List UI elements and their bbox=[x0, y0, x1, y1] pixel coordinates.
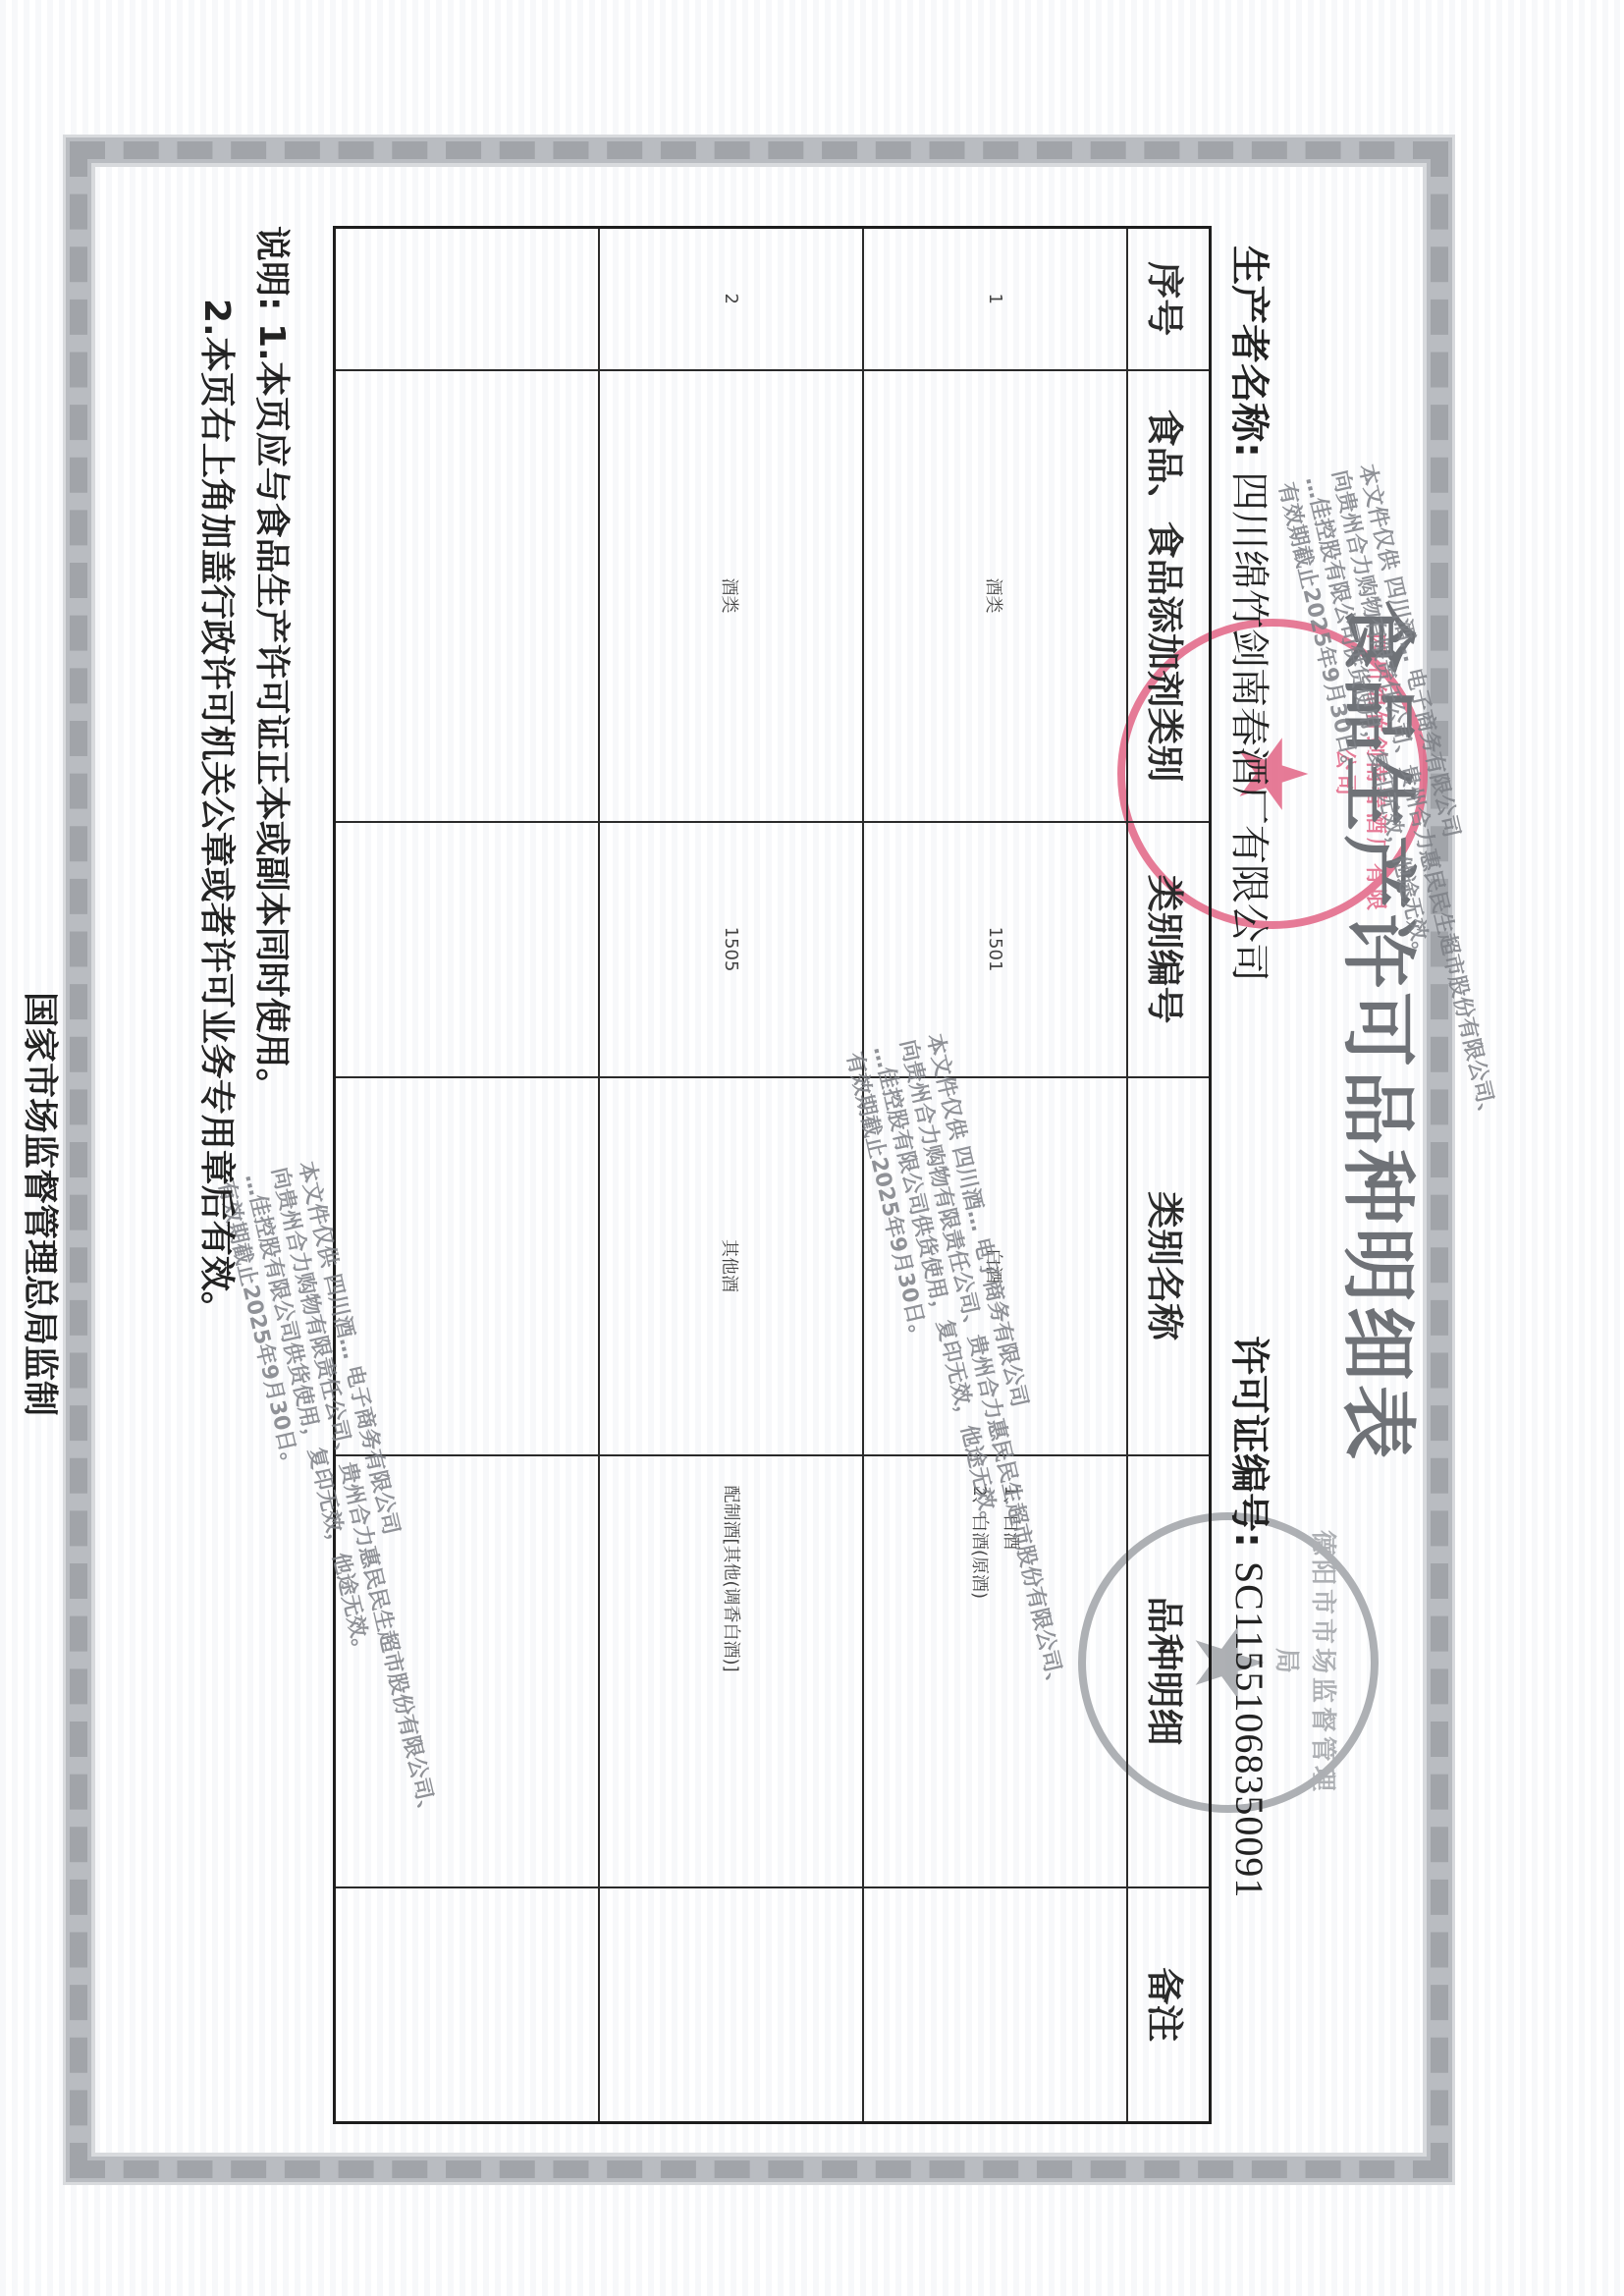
producer-name: 生产者名称: 四川绵竹剑南春酒厂有限公司 bbox=[1224, 246, 1280, 982]
table-header-row: 序号 食品、食品添加剂类别 类别编号 类别名称 品种明细 备注 bbox=[1127, 228, 1211, 2123]
header-index: 序号 bbox=[1127, 228, 1211, 370]
cell-category: 酒类 bbox=[599, 370, 863, 822]
notes-label: 说明: bbox=[251, 226, 292, 310]
cell-code: 1501 bbox=[863, 822, 1127, 1077]
note-item: 2.本页右上角加盖行政许可机关公章或者许可业务专用章后有效。 bbox=[189, 226, 244, 1327]
cell-remark bbox=[863, 1887, 1127, 2123]
notes: 说明: 1.本页应与食品生产许可证正本或副本同时使用。 2.本页右上角加盖行政许… bbox=[189, 226, 298, 1327]
table-row-empty bbox=[335, 228, 600, 2123]
cell-category: 酒类 bbox=[863, 370, 1127, 822]
header-name: 类别名称 bbox=[1127, 1077, 1211, 1455]
producer-label: 生产者名称: bbox=[1226, 246, 1272, 458]
cell-index: 2 bbox=[599, 228, 863, 370]
issuer-footer: 国家市场监督管理总局监制 bbox=[18, 992, 68, 1416]
cell-code: 1505 bbox=[599, 822, 863, 1077]
producer-value: 四川绵竹剑南春酒厂有限公司 bbox=[1226, 471, 1272, 982]
header-category: 食品、食品添加剂类别 bbox=[1127, 370, 1211, 822]
license-label: 许可证编号: bbox=[1226, 1336, 1272, 1548]
product-variety-table: 序号 食品、食品添加剂类别 类别编号 类别名称 品种明细 备注 1 酒类 150… bbox=[333, 226, 1212, 2124]
detail-line: 配制酒[其他(调香白酒)] bbox=[716, 1486, 747, 1886]
authority-seal-text: 德阳市市场监督管理局 bbox=[1271, 1520, 1343, 1805]
cell-details: 配制酒[其他(调香白酒)] bbox=[599, 1455, 863, 1887]
table-row: 2 酒类 1505 其他酒 配制酒[其他(调香白酒)] bbox=[599, 228, 863, 2123]
header-code: 类别编号 bbox=[1127, 822, 1211, 1077]
license-document-sheet: 四川绵竹剑南春酒厂有限公司 ★ 德阳市市场监督管理局 ★ 食品生产许可品种明细表… bbox=[0, 0, 1624, 2296]
header-remark: 备注 bbox=[1127, 1887, 1211, 2123]
note-item: 1.本页应与食品生产许可证正本或副本同时使用。 bbox=[251, 323, 292, 1104]
cell-index: 1 bbox=[863, 228, 1127, 370]
cell-name: 其他酒 bbox=[599, 1077, 863, 1455]
header-details: 品种明细 bbox=[1127, 1455, 1211, 1887]
license-value: SC11551068350091 bbox=[1227, 1561, 1272, 1898]
license-number: 许可证编号: SC11551068350091 bbox=[1224, 1336, 1280, 1898]
cell-remark bbox=[599, 1887, 863, 2123]
